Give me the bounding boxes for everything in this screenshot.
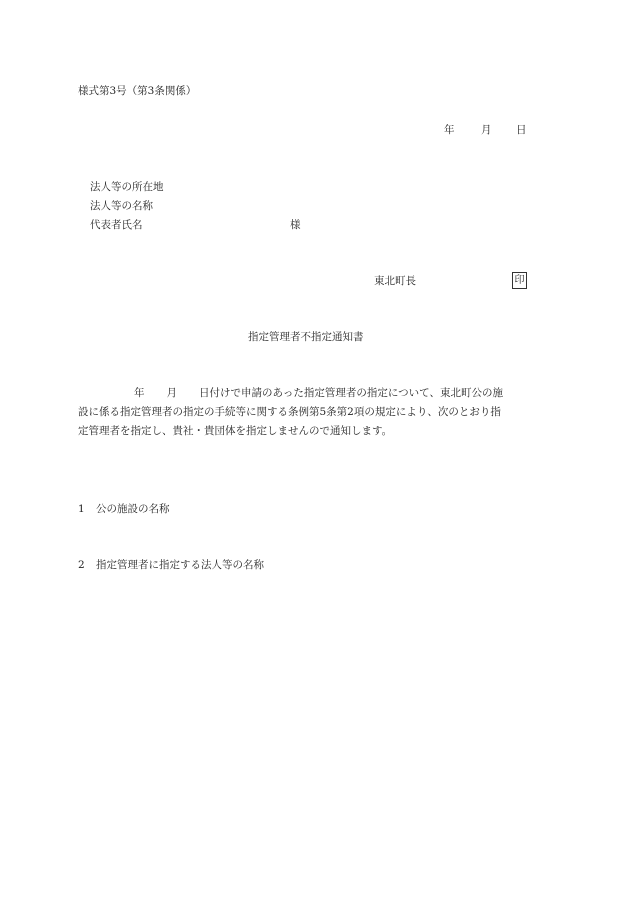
- body-line-3: 定管理者を指定し、貴社・貴団体を指定しませんので通知します。: [78, 424, 392, 438]
- item-label: 公の施設の名称: [96, 503, 170, 515]
- body-line-1-text: 日付けで申請のあった指定管理者の指定について、東北町公の施: [199, 387, 503, 399]
- item-number: 2: [78, 558, 96, 572]
- item-label: 指定管理者に指定する法人等の名称: [96, 559, 264, 571]
- document-page: 様式第3号（第3条関係） 年 月 日 法人等の所在地 法人等の名称 代表者氏名 …: [0, 0, 630, 915]
- recipient-honorific: 様: [290, 218, 301, 232]
- item-number: 1: [78, 502, 96, 516]
- date-year-label: 年: [444, 123, 455, 137]
- body-month-label: 月: [167, 387, 178, 399]
- list-item: 1公の施設の名称: [78, 502, 170, 516]
- recipient-name-label: 法人等の名称: [90, 199, 153, 213]
- body-line-1: 年月日付けで申請のあった指定管理者の指定について、東北町公の施: [78, 386, 503, 400]
- body-line-2: 設に係る指定管理者の指定の手続等に関する条例第5条第2項の規定により、次のとおり…: [78, 405, 501, 419]
- body-year-label: 年: [134, 387, 145, 399]
- form-number: 様式第3号（第3条関係）: [78, 84, 196, 98]
- list-item: 2指定管理者に指定する法人等の名称: [78, 558, 264, 572]
- recipient-address-label: 法人等の所在地: [90, 180, 164, 194]
- document-title: 指定管理者不指定通知書: [248, 330, 364, 344]
- date-day-label: 日: [516, 123, 527, 137]
- seal-mark-icon: 印: [512, 272, 527, 289]
- date-month-label: 月: [481, 123, 492, 137]
- issuer-title: 東北町長: [374, 274, 416, 288]
- recipient-representative-label: 代表者氏名: [90, 218, 143, 232]
